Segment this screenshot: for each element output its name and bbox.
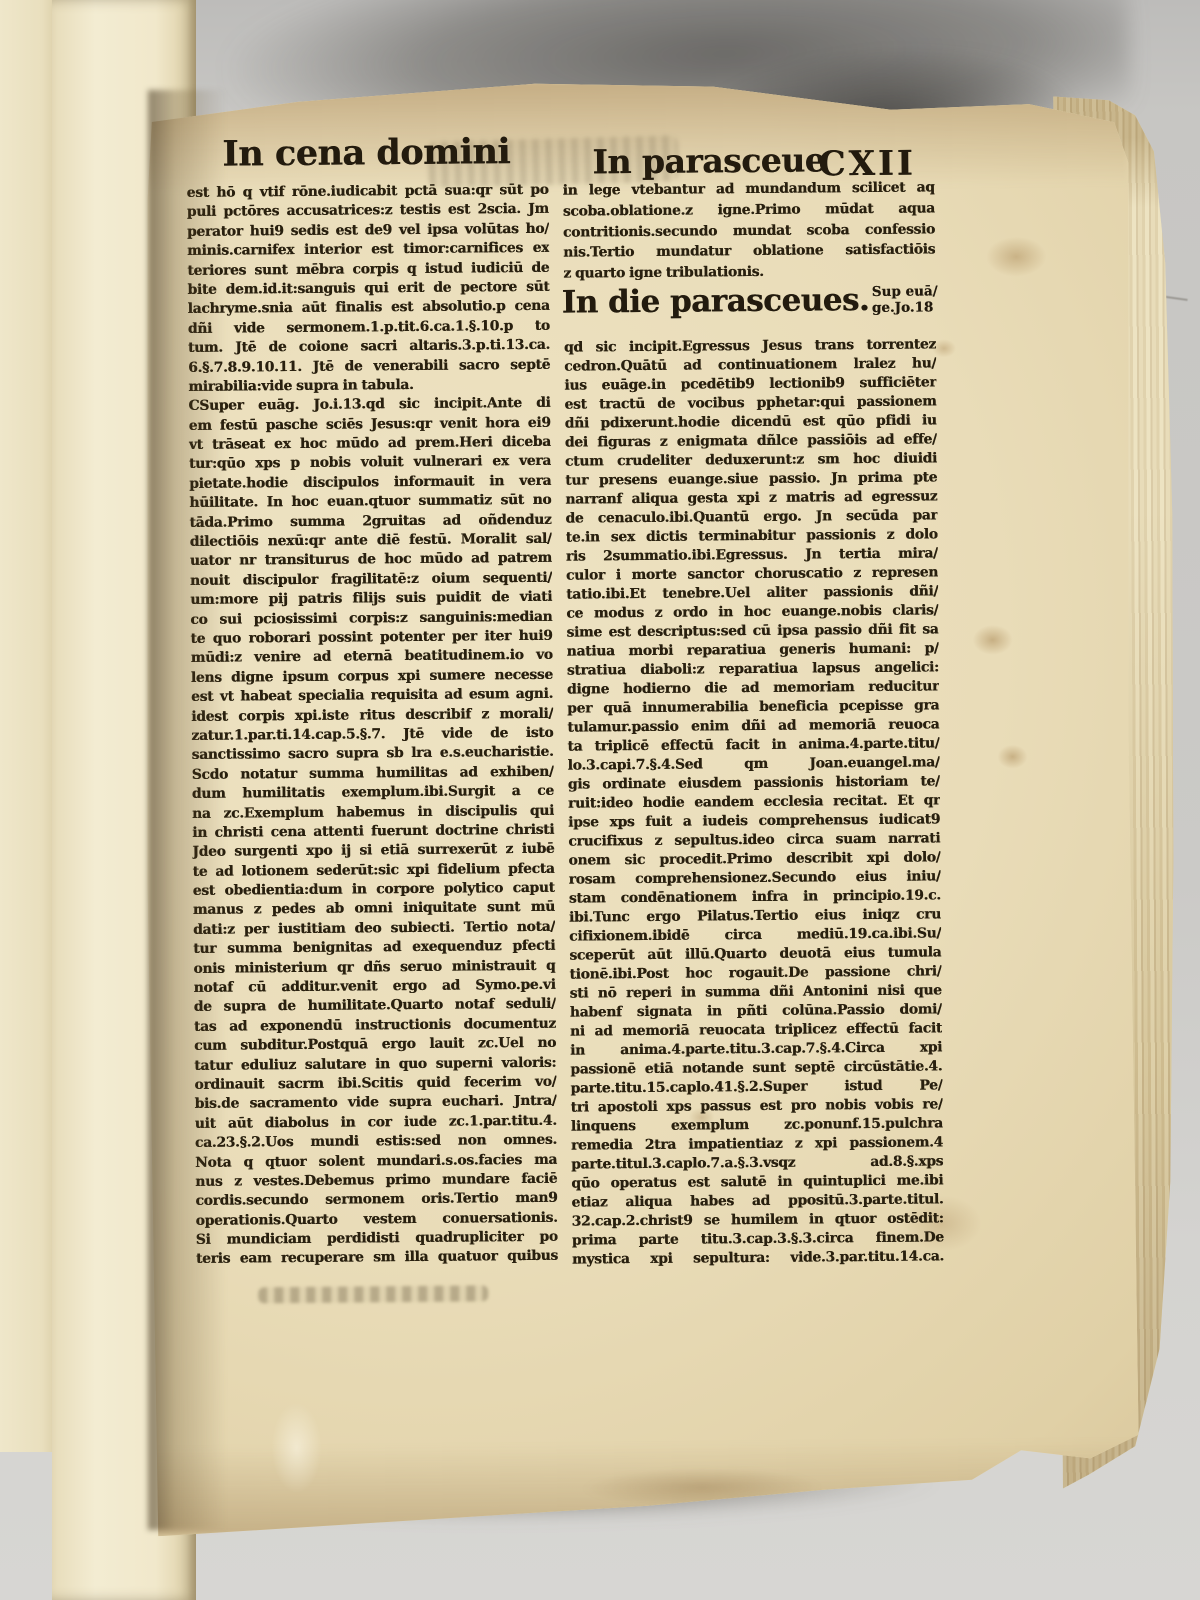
text-line: scoba.oblatione.z igne.Primo mūdat aqua bbox=[563, 198, 935, 222]
text-line: minis.carnifex interior est timor:carnif… bbox=[187, 239, 549, 262]
marginal-note-line1: Sup euā/ bbox=[872, 283, 938, 300]
text-line: nis.Tertio mundatur oblatione satisfacti… bbox=[563, 240, 935, 264]
text-line: mystica xpi sepultura: vide.3.par.titu.1… bbox=[572, 1247, 944, 1269]
text-line: est vt habeat specialia requisita ad esu… bbox=[191, 685, 553, 708]
right-column-intro-text: in lege vtebantur ad mundandum scilicet … bbox=[563, 177, 936, 284]
text-line: 6.§.7.8.9.10.11. Jtē de venerabili sacro… bbox=[188, 355, 550, 378]
text-line: cum subditur.Postquā ergo lauit zc.Uel n… bbox=[194, 1034, 556, 1057]
running-header-left: In cena domini bbox=[222, 131, 510, 175]
foxing-stain bbox=[986, 236, 1046, 277]
foxing-stain bbox=[997, 745, 1027, 769]
marginal-reference-note: Sup euā/ ge.Jo.18 bbox=[872, 281, 938, 316]
photo-incunable-book-opening: okēemōadbisbi.siorililaronrauinealzctūba… bbox=[0, 0, 1200, 1600]
text-line: hūilitate. In hoc euan.qtuor summatiz sū… bbox=[189, 491, 551, 514]
text-line: ca.23.§.2.Uos mundi estis:sed non omnes. bbox=[195, 1131, 557, 1154]
left-text-column: est hō q vtif rōne.iudicabit pctā sua:qr… bbox=[187, 181, 558, 1270]
text-line: tur summa benignitas ad exequenduz pfect… bbox=[193, 937, 555, 960]
section-heading-row: In die parasceues. Sup euā/ ge.Jo.18 bbox=[561, 281, 937, 336]
far-left-page-edge: okēemōadbisbi.siorililaronrauinealzctūba… bbox=[0, 0, 60, 1452]
ink-offset-ghost-bottom bbox=[258, 1285, 488, 1303]
far-left-text-fragments: okēemōadbisbi.siorililaronrauinealzctūba… bbox=[0, 0, 60, 457]
right-text-column: qd sic incipit.Egressus Jesus trans torr… bbox=[564, 335, 944, 1269]
text-line: Jdeo surgenti xpo ij si etiā surrexerūt … bbox=[192, 840, 554, 863]
marginal-note-line2: ge.Jo.18 bbox=[872, 299, 934, 316]
text-line: in lege vtebantur ad mundandum scilicet … bbox=[563, 177, 935, 201]
text-line: dum humilitatis exemplum.ibi.Surgit a ce bbox=[192, 782, 554, 805]
main-page-recto: In cena domini In parasceue CXII est hō … bbox=[140, 76, 1141, 1537]
foxing-stain bbox=[972, 625, 1012, 655]
section-heading: In die parasceues. bbox=[561, 282, 869, 321]
text-line: um:more pij patris filijs suis puidit de… bbox=[190, 588, 552, 611]
running-header-right: In parasceue bbox=[592, 140, 825, 181]
text-line: tum. Jtē de coione sacri altaris.3.p.ti.… bbox=[188, 336, 550, 359]
text-line: teris eam recuperare sm illa quatuor qui… bbox=[196, 1247, 558, 1270]
